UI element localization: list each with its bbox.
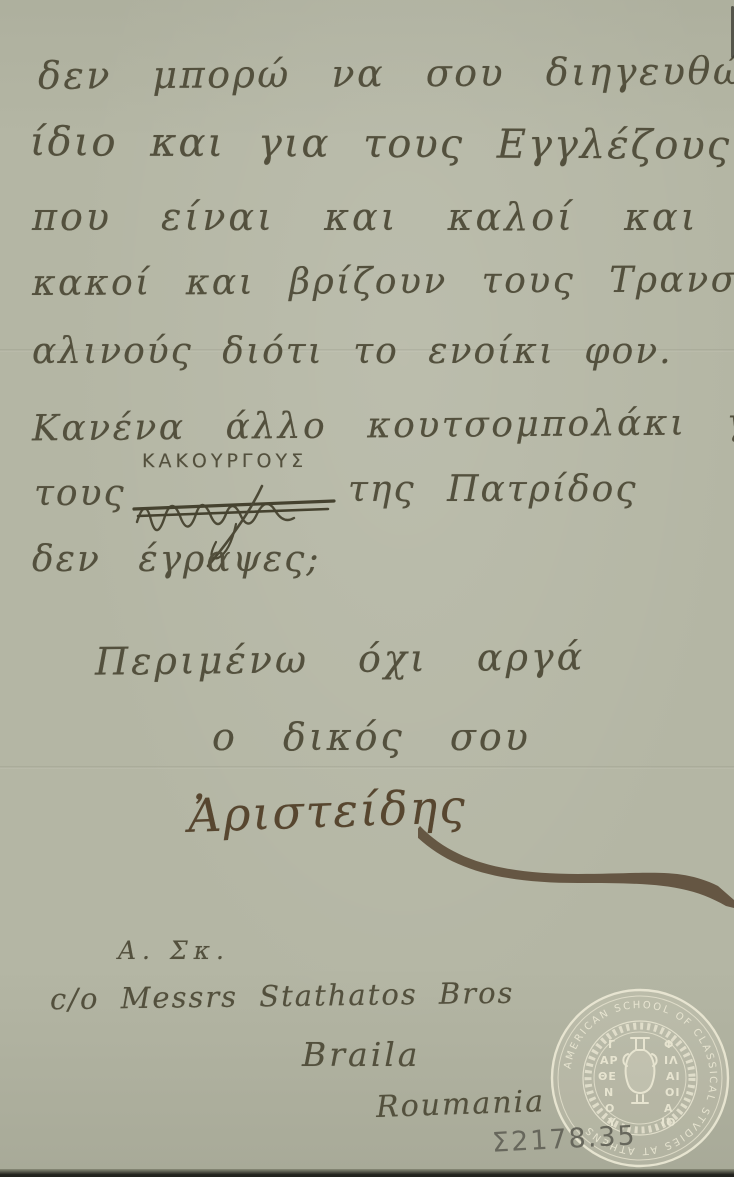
letter-line-1: δεν μπορώ να σου διηγευθώ το bbox=[38, 51, 734, 95]
scan-edge-bottom bbox=[0, 1169, 734, 1177]
letter-page: δεν μπορώ να σου διηγευθώ το ίδιο και γι… bbox=[0, 0, 734, 1177]
letter-line-5: αλινούς διότι το ενοίκι φον. bbox=[32, 334, 673, 370]
letter-line-8: δεν έγραψες; bbox=[32, 542, 320, 578]
letter-line-3: που είναι και καλοί και bbox=[32, 198, 699, 236]
inserted-correction-word: ΚΑΚΟΥΡΓΟΥΣ bbox=[142, 452, 307, 471]
svg-text:ΙΛ: ΙΛ bbox=[664, 1054, 679, 1067]
letter-line-7-end: της Πατρίδος bbox=[348, 472, 638, 508]
closing-line: Περιμένω όχι αργά bbox=[95, 637, 586, 680]
svg-text:Γ: Γ bbox=[608, 1038, 616, 1051]
svg-text:Α: Α bbox=[664, 1102, 674, 1115]
address-care-of: c/o Messrs Stathatos Bros bbox=[50, 979, 515, 1014]
valediction-line: ο δικός σου bbox=[212, 718, 531, 756]
svg-text:ΑΙ: ΑΙ bbox=[666, 1070, 681, 1083]
svg-text:ΑΡ: ΑΡ bbox=[600, 1054, 619, 1067]
svg-text:Φ: Φ bbox=[664, 1038, 674, 1051]
svg-text:ΙΟ: ΙΟ bbox=[661, 1116, 676, 1129]
address-city: Braila bbox=[302, 1038, 420, 1071]
svg-text:ΘΕ: ΘΕ bbox=[598, 1070, 617, 1083]
address-country: Roumania bbox=[376, 1087, 546, 1123]
fold-crease-lower bbox=[0, 766, 734, 769]
catalog-number: Σ2178.35 bbox=[491, 1122, 637, 1157]
letter-line-7-start: τους bbox=[34, 476, 126, 512]
address-attention: Α. Σκ. bbox=[118, 938, 230, 963]
signature-flourish bbox=[418, 822, 734, 914]
svg-text:Ν: Ν bbox=[604, 1086, 614, 1099]
letter-line-2: ίδιο και για τους Εγγλέζους bbox=[30, 122, 731, 166]
letter-line-4: κακοί και βρίζουν τους Τρανσβα. bbox=[32, 262, 734, 302]
svg-text:ΟΙ: ΟΙ bbox=[665, 1086, 680, 1099]
letter-line-6: Κανένα άλλο κουτσομπολάκι για bbox=[32, 405, 734, 448]
svg-text:Ο: Ο bbox=[605, 1102, 615, 1115]
